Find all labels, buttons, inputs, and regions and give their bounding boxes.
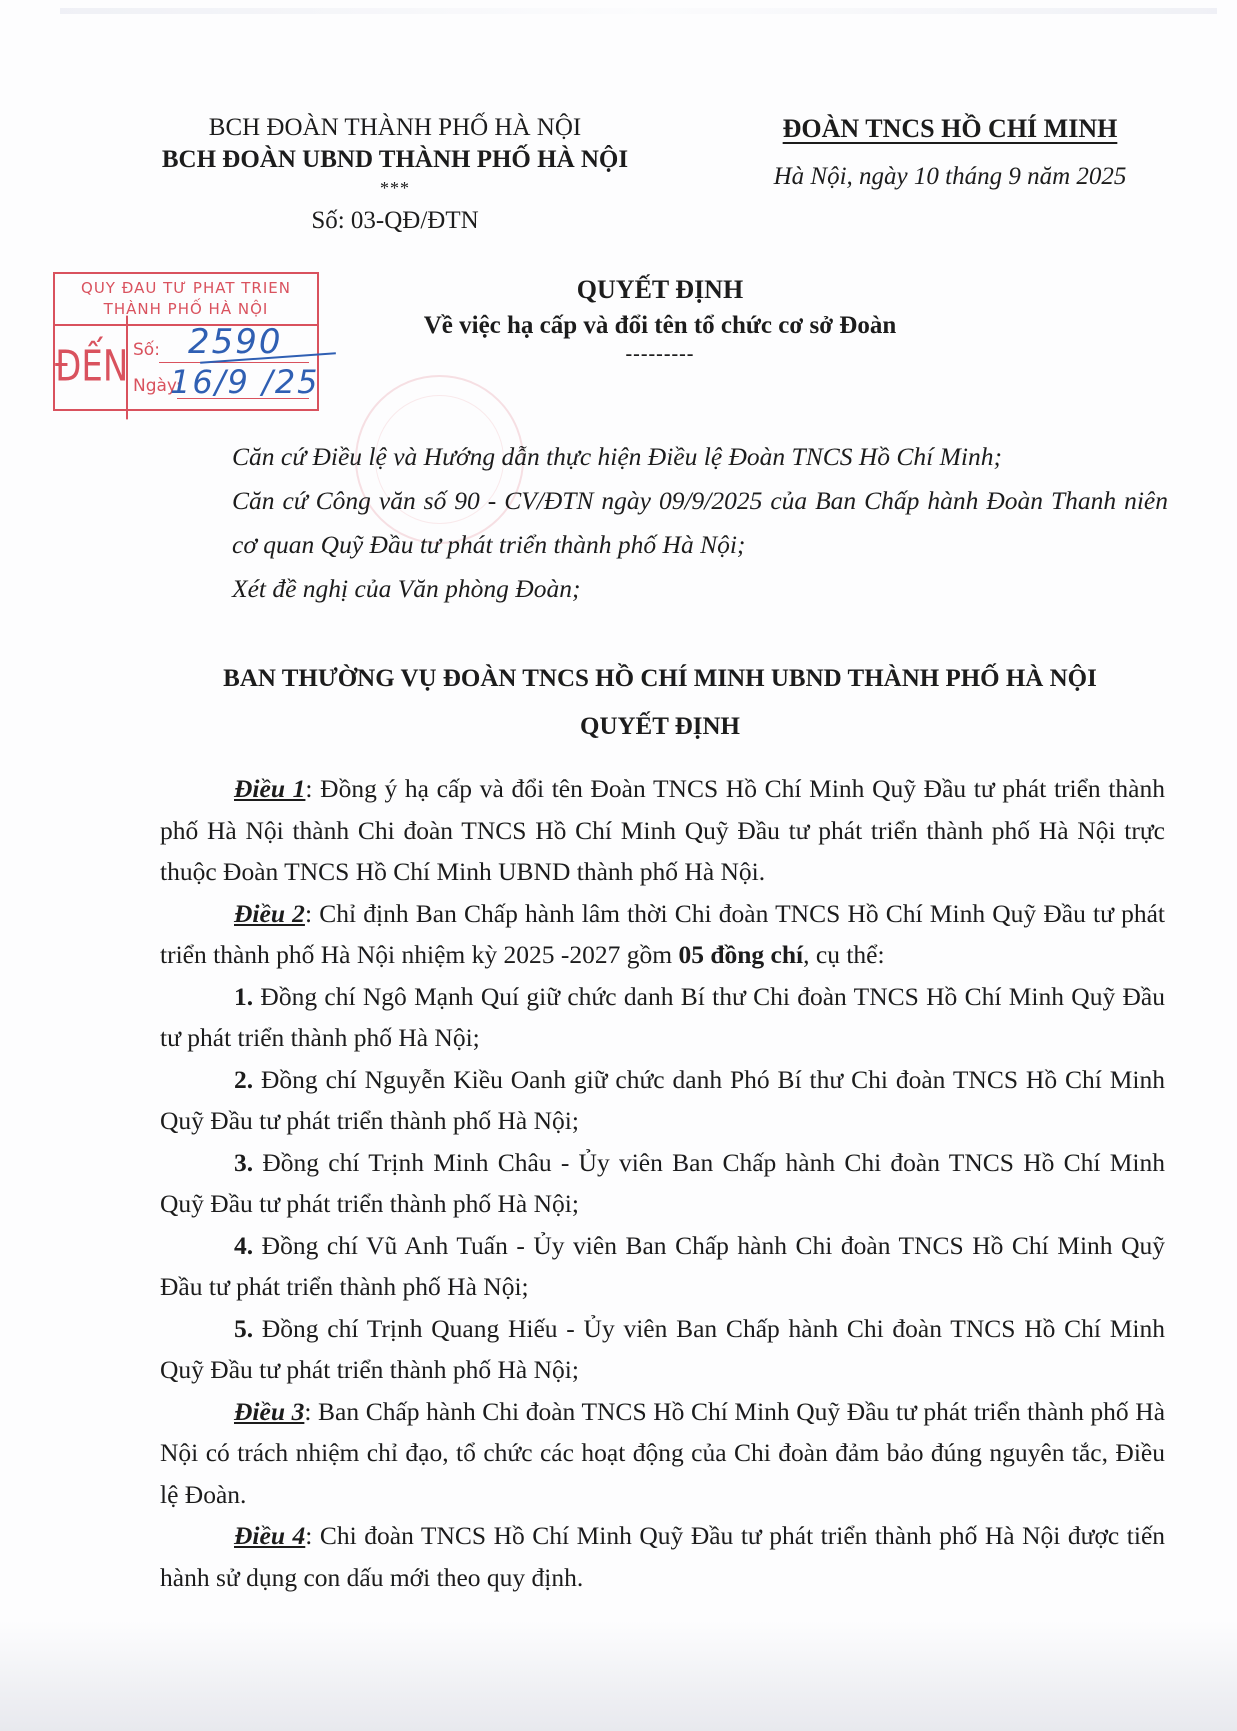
doc-number: Số: 03-QĐ/ĐTN <box>130 202 660 240</box>
article-3: Điều 3: Ban Chấp hành Chi đoàn TNCS Hồ C… <box>160 1391 1165 1516</box>
member-count: 05 đồng chí <box>678 940 803 969</box>
stamp-date-handwritten: 16/9 /25 <box>170 363 320 401</box>
member-item: 1. Đồng chí Ngô Mạnh Quí giữ chức danh B… <box>160 976 1165 1059</box>
stars-divider: *** <box>130 178 660 198</box>
title-heading: QUYẾT ĐỊNH <box>300 272 1020 308</box>
place-date: Hà Nội, ngày 10 tháng 9 năm 2025 <box>740 160 1160 194</box>
preamble: Căn cứ Điều lệ và Hướng dẫn thực hiện Đi… <box>158 435 1168 611</box>
article-label: Điều 3 <box>234 1397 304 1426</box>
member-number: 2. <box>234 1065 253 1094</box>
stamp-type: ĐẾN <box>55 316 128 420</box>
member-number: 1. <box>234 982 253 1011</box>
decision-body: Điều 1: Đồng ý hạ cấp và đổi tên Đoàn TN… <box>160 768 1165 1598</box>
preamble-item: Căn cứ Công văn số 90 - CV/ĐTN ngày 09/9… <box>158 479 1168 567</box>
title-separator: --------- <box>300 344 1020 364</box>
stamp-org-line1: QUY ĐAU TƯ PHAT TRIEN <box>55 278 317 299</box>
member-item: 3. Đồng chí Trịnh Minh Châu - Ủy viên Ba… <box>160 1142 1165 1225</box>
union-name: ĐOÀN TNCS HỒ CHÍ MINH <box>740 112 1160 146</box>
stamp-number-label: Số: <box>133 340 160 360</box>
article-text: : Chi đoàn TNCS Hồ Chí Minh Quỹ Đầu tư p… <box>160 1521 1165 1592</box>
article-text: : Ban Chấp hành Chi đoàn TNCS Hồ Chí Min… <box>160 1397 1165 1509</box>
member-text: Đồng chí Trịnh Minh Châu - Ủy viên Ban C… <box>160 1148 1165 1219</box>
member-number: 4. <box>234 1231 253 1260</box>
member-text: Đồng chí Trịnh Quang Hiếu - Ủy viên Ban … <box>160 1314 1165 1385</box>
parent-org: BCH ĐOÀN THÀNH PHỐ HÀ NỘI <box>130 112 660 144</box>
article-text-tail: , cụ thể: <box>803 940 884 969</box>
member-item: 4. Đồng chí Vũ Anh Tuấn - Ủy viên Ban Ch… <box>160 1225 1165 1308</box>
council-heading: BAN THƯỜNG VỤ ĐOÀN TNCS HỒ CHÍ MINH UBND… <box>150 655 1170 751</box>
article-2: Điều 2: Chỉ định Ban Chấp hành lâm thời … <box>160 893 1165 976</box>
article-1: Điều 1: Đồng ý hạ cấp và đổi tên Đoàn TN… <box>160 768 1165 893</box>
council-name: BAN THƯỜNG VỤ ĐOÀN TNCS HỒ CHÍ MINH UBND… <box>150 655 1170 703</box>
issuing-org: BCH ĐOÀN UBND THÀNH PHỐ HÀ NỘI <box>130 144 660 176</box>
article-text: : Chỉ định Ban Chấp hành lâm thời Chi đo… <box>160 899 1165 970</box>
scan-shadow-bottom <box>0 1621 1237 1731</box>
preamble-item: Căn cứ Điều lệ và Hướng dẫn thực hiện Đi… <box>158 435 1168 479</box>
decision-title: QUYẾT ĐỊNH Về việc hạ cấp và đổi tên tổ … <box>300 272 1020 364</box>
header-right: ĐOÀN TNCS HỒ CHÍ MINH Hà Nội, ngày 10 th… <box>740 112 1160 194</box>
member-text: Đồng chí Ngô Mạnh Quí giữ chức danh Bí t… <box>160 982 1165 1053</box>
member-text: Đồng chí Nguyễn Kiều Oanh giữ chức danh … <box>160 1065 1165 1136</box>
article-label: Điều 4 <box>234 1521 305 1550</box>
member-number: 5. <box>234 1314 253 1343</box>
title-subject: Về việc hạ cấp và đổi tên tổ chức cơ sở … <box>300 308 1020 344</box>
scan-artifact-top <box>60 8 1217 14</box>
member-text: Đồng chí Vũ Anh Tuấn - Ủy viên Ban Chấp … <box>160 1231 1165 1302</box>
council-decision: QUYẾT ĐỊNH <box>150 703 1170 751</box>
article-4: Điều 4: Chi đoàn TNCS Hồ Chí Minh Quỹ Đầ… <box>160 1515 1165 1598</box>
preamble-item: Xét đề nghị của Văn phòng Đoàn; <box>158 567 1168 611</box>
article-text: : Đồng ý hạ cấp và đổi tên Đoàn TNCS Hồ … <box>160 774 1165 886</box>
article-label: Điều 1 <box>234 774 305 803</box>
article-label: Điều 2 <box>234 899 305 928</box>
member-item: 2. Đồng chí Nguyễn Kiều Oanh giữ chức da… <box>160 1059 1165 1142</box>
header-left: BCH ĐOÀN THÀNH PHỐ HÀ NỘI BCH ĐOÀN UBND … <box>130 112 660 240</box>
member-item: 5. Đồng chí Trịnh Quang Hiếu - Ủy viên B… <box>160 1308 1165 1391</box>
member-number: 3. <box>234 1148 253 1177</box>
